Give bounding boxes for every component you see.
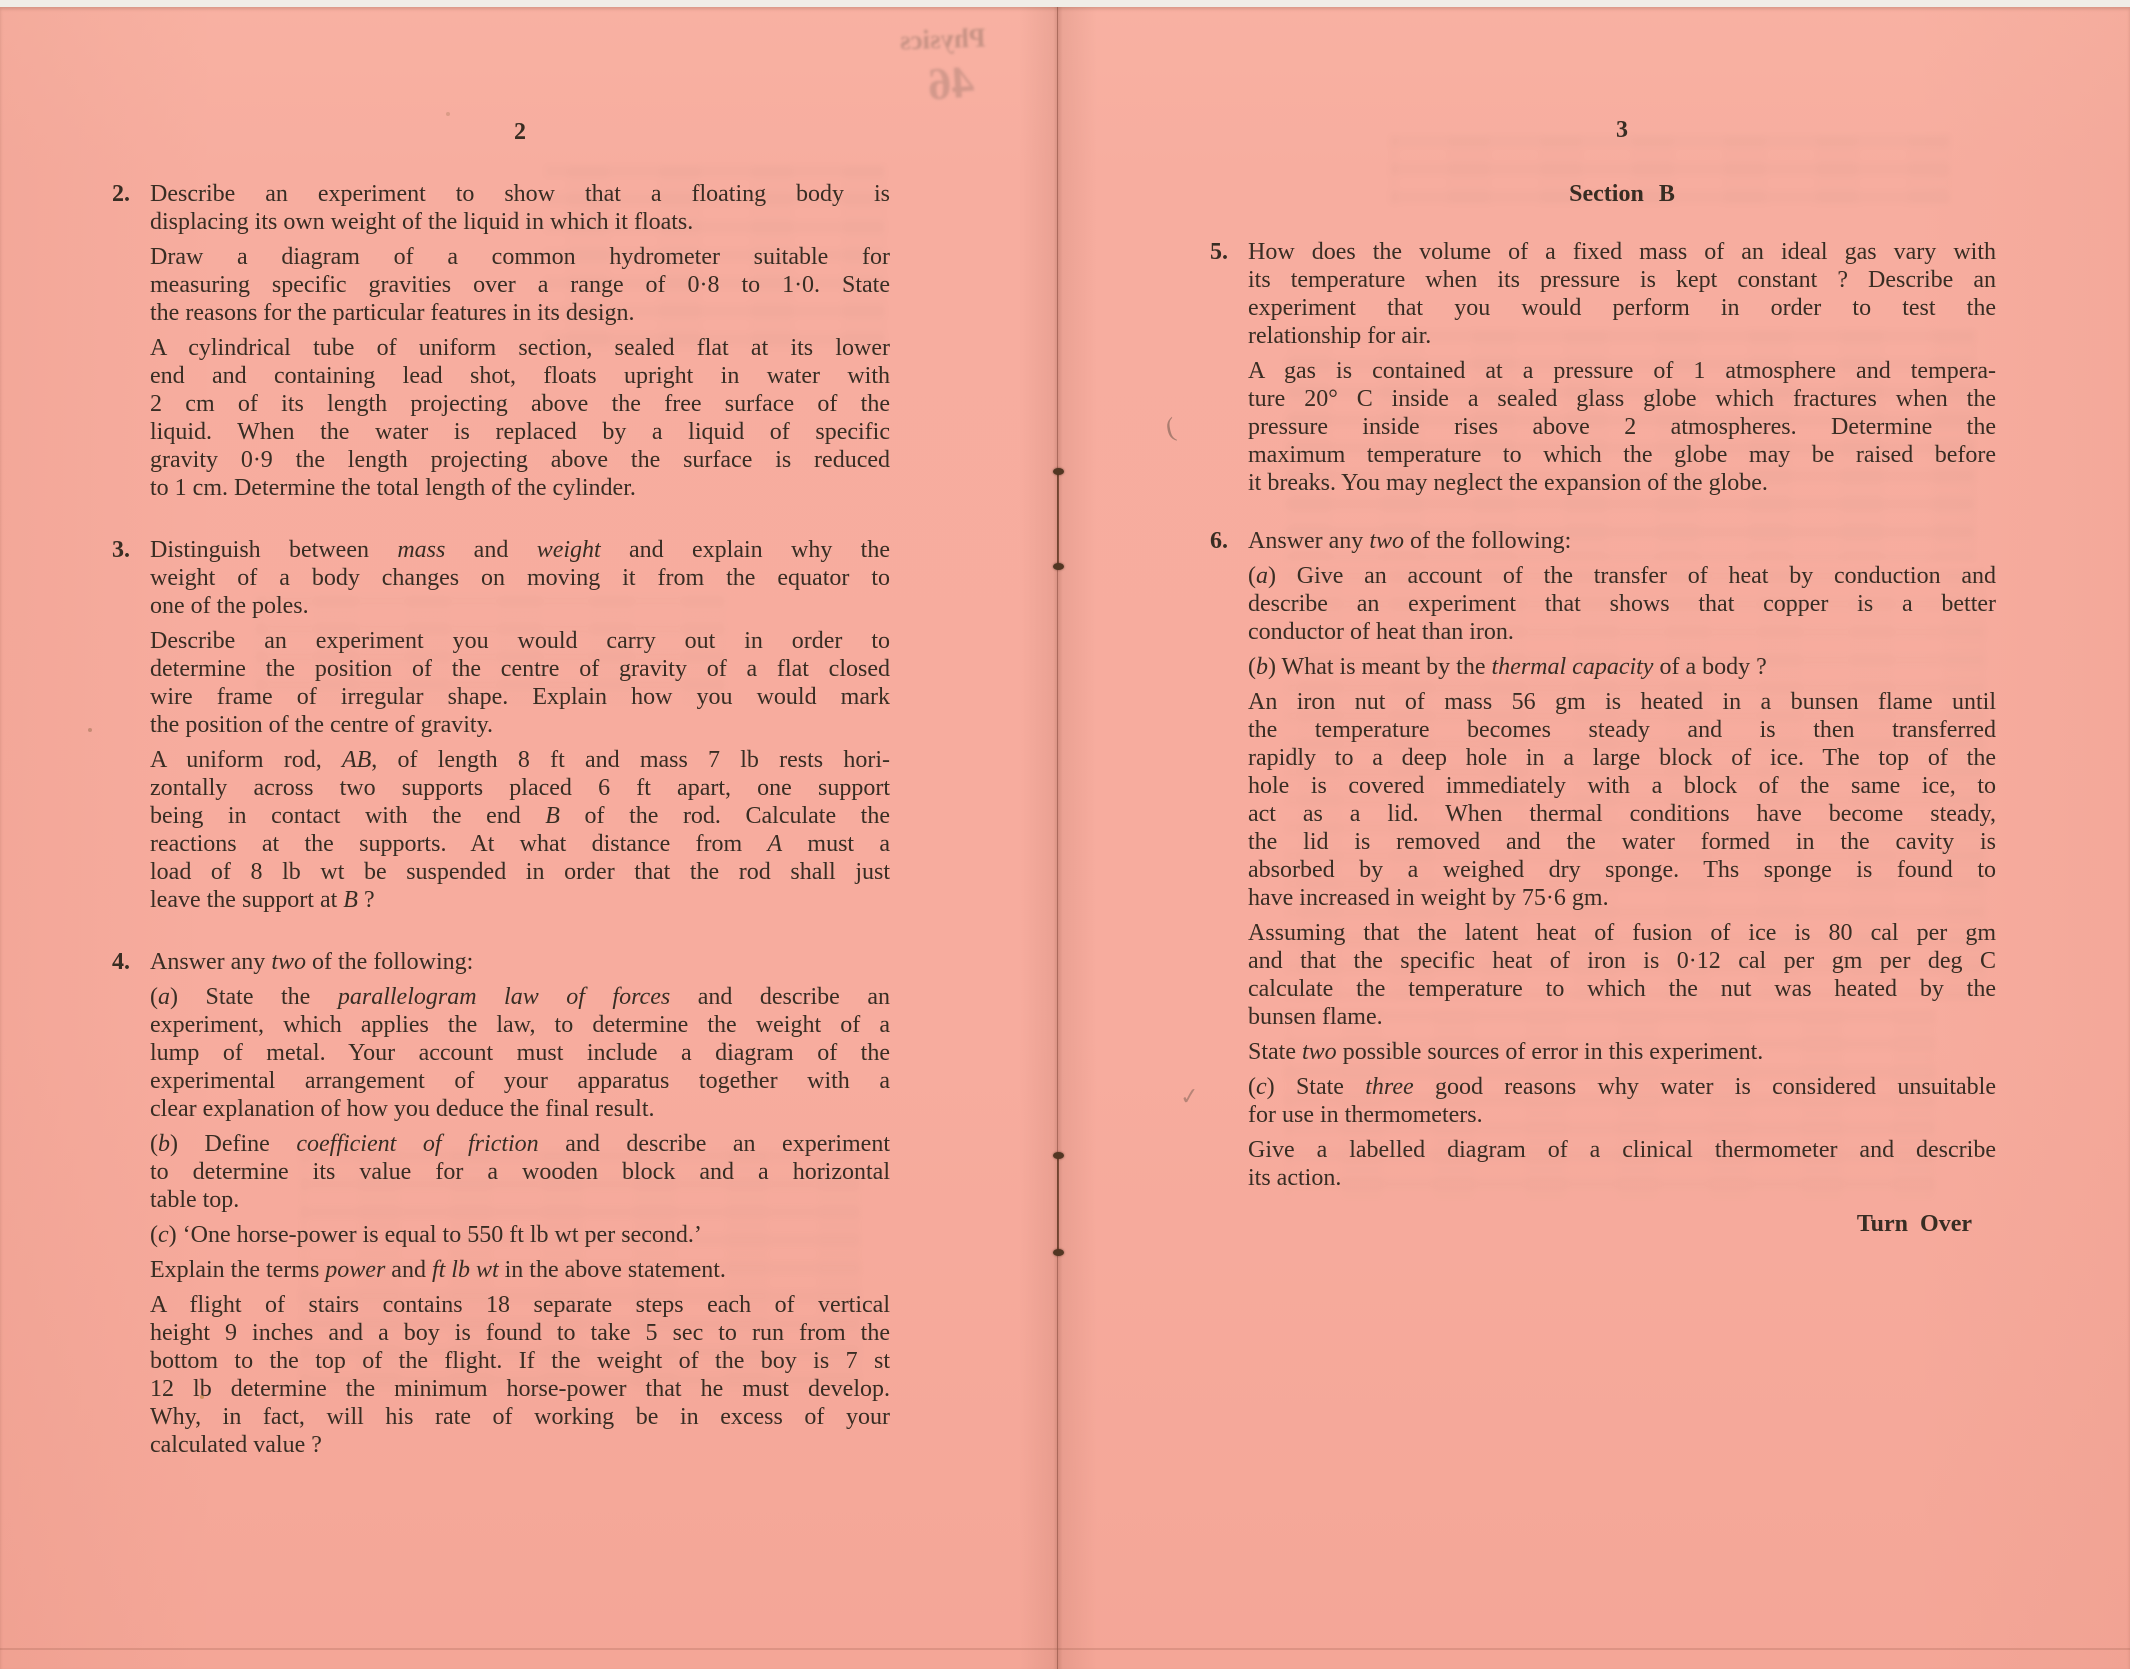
text-line: the temperature becomes steady and is th… [1248, 716, 1996, 744]
text-line: (a) Give an account of the transfer of h… [1248, 562, 1996, 590]
text-line: Answer any two of the following: [1248, 527, 1996, 555]
text-line: reactions at the supports. At what dista… [150, 830, 890, 858]
text-line: height 9 inches and a boy is found to ta… [150, 1319, 890, 1347]
text-line: absorbed by a weighed dry sponge. Ths sp… [1248, 856, 1996, 884]
staple-leg [1057, 1156, 1059, 1252]
staple [1053, 1152, 1063, 1256]
questions-right: 5.How does the volume of a fixed mass of… [1210, 238, 1996, 1192]
text-line: Assuming that the latent heat of fusion … [1248, 919, 1996, 947]
staple-end [1053, 1249, 1064, 1256]
text-line: State two possible sources of error in t… [1248, 1038, 1996, 1066]
text-line: Explain the terms power and ft lb wt in … [150, 1256, 890, 1284]
question-number: 4. [112, 948, 150, 976]
question-3: 3.Distinguish between mass and weight an… [112, 536, 890, 914]
paragraph: A flight of stairs contains 18 separate … [150, 1291, 890, 1459]
text-line: 12 lb determine the minimum horse-power … [150, 1375, 890, 1403]
paragraph: State two possible sources of error in t… [1248, 1038, 1996, 1066]
paragraph: Distinguish between mass and weight and … [150, 536, 890, 620]
question-body: Answer any two of the following:(a) Give… [1248, 527, 1996, 1192]
text-line: ture 20° C inside a sealed glass globe w… [1248, 385, 1996, 413]
paragraph: (b) What is meant by the thermal capacit… [1248, 653, 1996, 681]
question-body: Distinguish between mass and weight and … [150, 536, 890, 914]
text-line: calculate the temperature to which the n… [1248, 975, 1996, 1003]
text-line: end and containing lead shot, floats upr… [150, 362, 890, 390]
text-line: A flight of stairs contains 18 separate … [150, 1291, 890, 1319]
left-page: 2 2.Describe an experiment to show that … [112, 118, 890, 1459]
text-line: have increased in weight by 75·6 gm. [1248, 884, 1996, 912]
paragraph: A uniform rod, AB, of length 8 ft and ma… [150, 746, 890, 914]
text-line: lump of metal. Your account must include… [150, 1039, 890, 1067]
text-line: determine the position of the centre of … [150, 655, 890, 683]
text-line: its temperature when its pressure is kep… [1248, 266, 1996, 294]
paragraph: Answer any two of the following: [1248, 527, 1996, 555]
staple-leg [1057, 472, 1059, 566]
text-line: liquid. When the water is replaced by a … [150, 418, 890, 446]
right-page: 3 Section B 5.How does the volume of a f… [1210, 116, 1996, 1238]
paragraph: An iron nut of mass 56 gm is heated in a… [1248, 688, 1996, 912]
paragraph: Give a labelled diagram of a clinical th… [1248, 1136, 1996, 1192]
paragraph: Describe an experiment to show that a fl… [150, 180, 890, 236]
turn-over-note: Turn Over [1248, 1210, 1972, 1238]
text-line: the reasons for the particular features … [150, 299, 890, 327]
text-line: conductor of heat than iron. [1248, 618, 1996, 646]
questions-left: 2.Describe an experiment to show that a … [112, 180, 890, 1459]
page-number: 3 [1248, 116, 1996, 144]
text-line: 2 cm of its length projecting above the … [150, 390, 890, 418]
text-line: zontally across two supports placed 6 ft… [150, 774, 890, 802]
text-line: (a) State the parallelogram law of force… [150, 983, 890, 1011]
text-line: Distinguish between mass and weight and … [150, 536, 890, 564]
staple-end [1053, 563, 1064, 570]
paragraph: (a) State the parallelogram law of force… [150, 983, 890, 1123]
question-number: 6. [1210, 527, 1248, 555]
text-line: experiment that you would perform in ord… [1248, 294, 1996, 322]
text-line: load of 8 lb wt be suspended in order th… [150, 858, 890, 886]
text-line: pressure inside rises above 2 atmosphere… [1248, 413, 1996, 441]
text-line: (c) ‘One horse-power is equal to 550 ft … [150, 1221, 890, 1249]
text-line: Answer any two of the following: [150, 948, 890, 976]
text-line: Draw a diagram of a common hydrometer su… [150, 243, 890, 271]
text-line: displacing its own weight of the liquid … [150, 208, 890, 236]
text-line: How does the volume of a fixed mass of a… [1248, 238, 1996, 266]
text-line: one of the poles. [150, 592, 890, 620]
text-line: to determine its value for a wooden bloc… [150, 1158, 890, 1186]
question-4: 4.Answer any two of the following:(a) St… [112, 948, 890, 1459]
text-line: (b) What is meant by the thermal capacit… [1248, 653, 1996, 681]
staple-end [1053, 468, 1064, 475]
text-line: A uniform rod, AB, of length 8 ft and ma… [150, 746, 890, 774]
text-line: gravity 0·9 the length projecting above … [150, 446, 890, 474]
paragraph: A gas is contained at a pressure of 1 at… [1248, 357, 1996, 497]
text-line: rapidly to a deep hole in a large block … [1248, 744, 1996, 772]
text-line: to 1 cm. Determine the total length of t… [150, 474, 890, 502]
question-number: 2. [112, 180, 150, 208]
paper-speck [446, 112, 450, 116]
question-body: How does the volume of a fixed mass of a… [1248, 238, 1996, 497]
text-line: bunsen flame. [1248, 1003, 1996, 1031]
page-number: 2 [150, 118, 890, 146]
text-line: Give a labelled diagram of a clinical th… [1248, 1136, 1996, 1164]
text-line: wire frame of irregular shape. Explain h… [150, 683, 890, 711]
text-line: leave the support at B ? [150, 886, 890, 914]
paragraph: Answer any two of the following: [150, 948, 890, 976]
text-line: describe an experiment that shows that c… [1248, 590, 1996, 618]
paragraph: A cylindrical tube of uniform section, s… [150, 334, 890, 502]
bottom-crease [0, 1648, 2130, 1650]
text-line: experiment, which applies the law, to de… [150, 1011, 890, 1039]
text-line: being in contact with the end B of the r… [150, 802, 890, 830]
question-number: 3. [112, 536, 150, 564]
text-line: act as a lid. When thermal conditions ha… [1248, 800, 1996, 828]
text-line: (c) State three good reasons why water i… [1248, 1073, 1996, 1101]
text-line: (b) Define coefficient of friction and d… [150, 1130, 890, 1158]
centre-fold-line [1057, 7, 1058, 1669]
text-line: Why, in fact, will his rate of working b… [150, 1403, 890, 1431]
question-6: 6.Answer any two of the following:(a) Gi… [1210, 527, 1996, 1192]
question-number: 5. [1210, 238, 1248, 266]
text-line: maximum temperature to which the globe m… [1248, 441, 1996, 469]
scanned-exam-spread: Physics 46 ( ✓ 2 2.Describe an experimen… [0, 0, 2130, 1669]
text-line: weight of a body changes on moving it fr… [150, 564, 890, 592]
paragraph: Explain the terms power and ft lb wt in … [150, 1256, 890, 1284]
text-line: A gas is contained at a pressure of 1 at… [1248, 357, 1996, 385]
staple-end [1053, 1152, 1064, 1159]
text-line: hole is covered immediately with a block… [1248, 772, 1996, 800]
text-line: relationship for air. [1248, 322, 1996, 350]
text-line: An iron nut of mass 56 gm is heated in a… [1248, 688, 1996, 716]
text-line: measuring specific gravities over a rang… [150, 271, 890, 299]
paragraph: Describe an experiment you would carry o… [150, 627, 890, 739]
text-line: bottom to the top of the flight. If the … [150, 1347, 890, 1375]
text-line: it breaks. You may neglect the expansion… [1248, 469, 1996, 497]
question-body: Describe an experiment to show that a fl… [150, 180, 890, 502]
paper-speck [88, 728, 92, 732]
text-line: for use in thermometers. [1248, 1101, 1996, 1129]
text-line: and that the specific heat of iron is 0·… [1248, 947, 1996, 975]
text-line: experimental arrangement of your apparat… [150, 1067, 890, 1095]
paragraph: Assuming that the latent heat of fusion … [1248, 919, 1996, 1031]
text-line: Describe an experiment to show that a fl… [150, 180, 890, 208]
question-body: Answer any two of the following:(a) Stat… [150, 948, 890, 1459]
text-line: its action. [1248, 1164, 1996, 1192]
text-line: A cylindrical tube of uniform section, s… [150, 334, 890, 362]
paragraph: How does the volume of a fixed mass of a… [1248, 238, 1996, 350]
staple [1053, 468, 1063, 570]
paragraph: (b) Define coefficient of friction and d… [150, 1130, 890, 1214]
question-5: 5.How does the volume of a fixed mass of… [1210, 238, 1996, 497]
centre-fold-shading [1019, 7, 1097, 1669]
paragraph: (c) State three good reasons why water i… [1248, 1073, 1996, 1129]
paragraph: (a) Give an account of the transfer of h… [1248, 562, 1996, 646]
text-line: the lid is removed and the water formed … [1248, 828, 1996, 856]
paragraph: (c) ‘One horse-power is equal to 550 ft … [150, 1221, 890, 1249]
text-line: table top. [150, 1186, 890, 1214]
question-2: 2.Describe an experiment to show that a … [112, 180, 890, 502]
text-line: Describe an experiment you would carry o… [150, 627, 890, 655]
text-line: clear explanation of how you deduce the … [150, 1095, 890, 1123]
text-line: the position of the centre of gravity. [150, 711, 890, 739]
paragraph: Draw a diagram of a common hydrometer su… [150, 243, 890, 327]
text-line: calculated value ? [150, 1431, 890, 1459]
section-heading: Section B [1248, 180, 1996, 208]
